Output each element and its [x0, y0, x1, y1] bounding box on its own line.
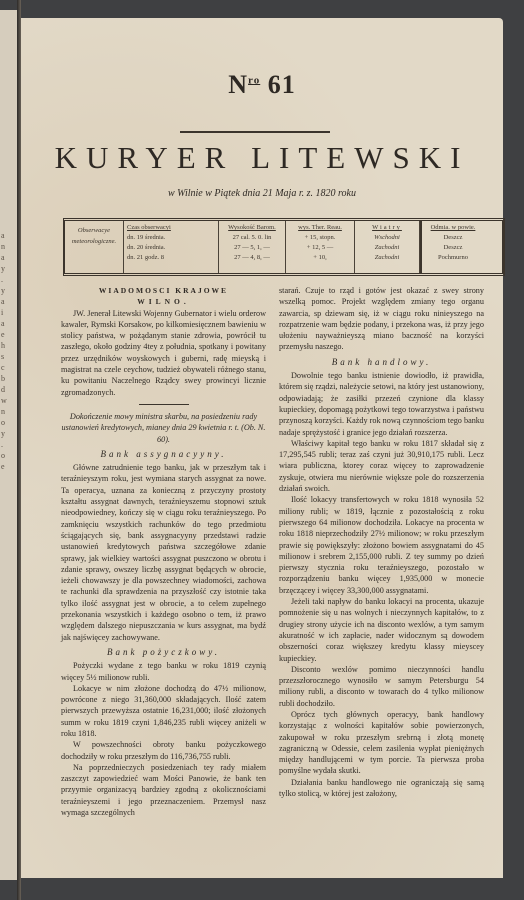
article-note: Dokończenie mowy ministra skarbu, na pos…: [61, 411, 266, 445]
weather-col-thermometer: wys. Ther. Reau. + 15, stopn. + 12, 5 — …: [286, 221, 355, 273]
article-paragraph: starań. Czuje to rząd i gotów jest okaza…: [279, 285, 484, 353]
divider: [139, 404, 189, 405]
article-paragraph: Disconto wexlów pomimo nieczynności hand…: [279, 664, 484, 709]
masthead-title: KURYER LITEWSKI: [21, 140, 503, 176]
city-heading: WILNO.: [61, 296, 266, 307]
subheading: Bank assygnacyyny.: [61, 449, 266, 460]
article-paragraph: Dowolnie tego banku istnienie dowiodło, …: [279, 370, 484, 438]
subheading: Bank pożyczkowy.: [61, 647, 266, 658]
weather-col-barometer: Wysokość Barom. 27 cal. 5. 0. lin 27 — 5…: [219, 221, 286, 273]
newspaper-page: Nro 61 KURYER LITEWSKI w Wilnie w Piątek…: [21, 18, 503, 878]
article-paragraph: Pożyczki wydane z tego banku w roku 1819…: [61, 660, 266, 683]
weather-col-winds: Wiatry Wschodni Zachodni Zachodni: [355, 221, 420, 273]
issue-number: Nro 61: [21, 70, 503, 100]
weather-col-conditions: Odmia. w powie. Deszcz Deszcz Pochmurno: [420, 221, 484, 273]
subheading: Bank handlowy.: [279, 357, 484, 368]
article-paragraph: Lokacye w nim złożone dochodzą do 47½ mi…: [61, 683, 266, 739]
weather-table: Obserwacye meteorologiczne. Czas obserwa…: [63, 218, 505, 276]
article-paragraph: W powszechności obroty banku pożyczkoweg…: [61, 739, 266, 762]
weather-label: Obserwacye meteorologiczne.: [65, 221, 124, 273]
right-column: starań. Czuje to rząd i gotów jest okaza…: [279, 285, 484, 799]
article-paragraph: Główne zatrudnienie tego banku, jak w pr…: [61, 462, 266, 643]
article-paragraph: Ilość lokacyy transfertowych w roku 1818…: [279, 494, 484, 596]
article-paragraph: Na poprzednieczych posiedzeniach tey rad…: [61, 762, 266, 818]
article-paragraph: Właściwy kapitał tego banku w roku 1817 …: [279, 438, 484, 494]
article-paragraph: Oprócz tych głównych operacyy, bank hand…: [279, 709, 484, 777]
article-paragraph: JW. Jenerał Litewski Wojenny Gubernator …: [61, 308, 266, 398]
section-heading: WIADOMOSCI KRAJOWE: [61, 285, 266, 296]
article-paragraph: Działania banku handlowego nie ogranicza…: [279, 777, 484, 800]
title-rule: [180, 131, 330, 133]
adjacent-page-edge: anay.yaiaehscbdwnoy.oe: [0, 10, 18, 880]
left-column: WIADOMOSCI KRAJOWE WILNO. JW. Jenerał Li…: [61, 285, 266, 818]
article-paragraph: Jeżeli taki napływ do banku lokacyi na p…: [279, 596, 484, 664]
weather-col-time: Czas obserwacyi dn. 19 średnia. dn. 20 ś…: [124, 221, 219, 273]
dateline: w Wilnie w Piątek dnia 21 Maja r. z. 182…: [21, 188, 503, 199]
